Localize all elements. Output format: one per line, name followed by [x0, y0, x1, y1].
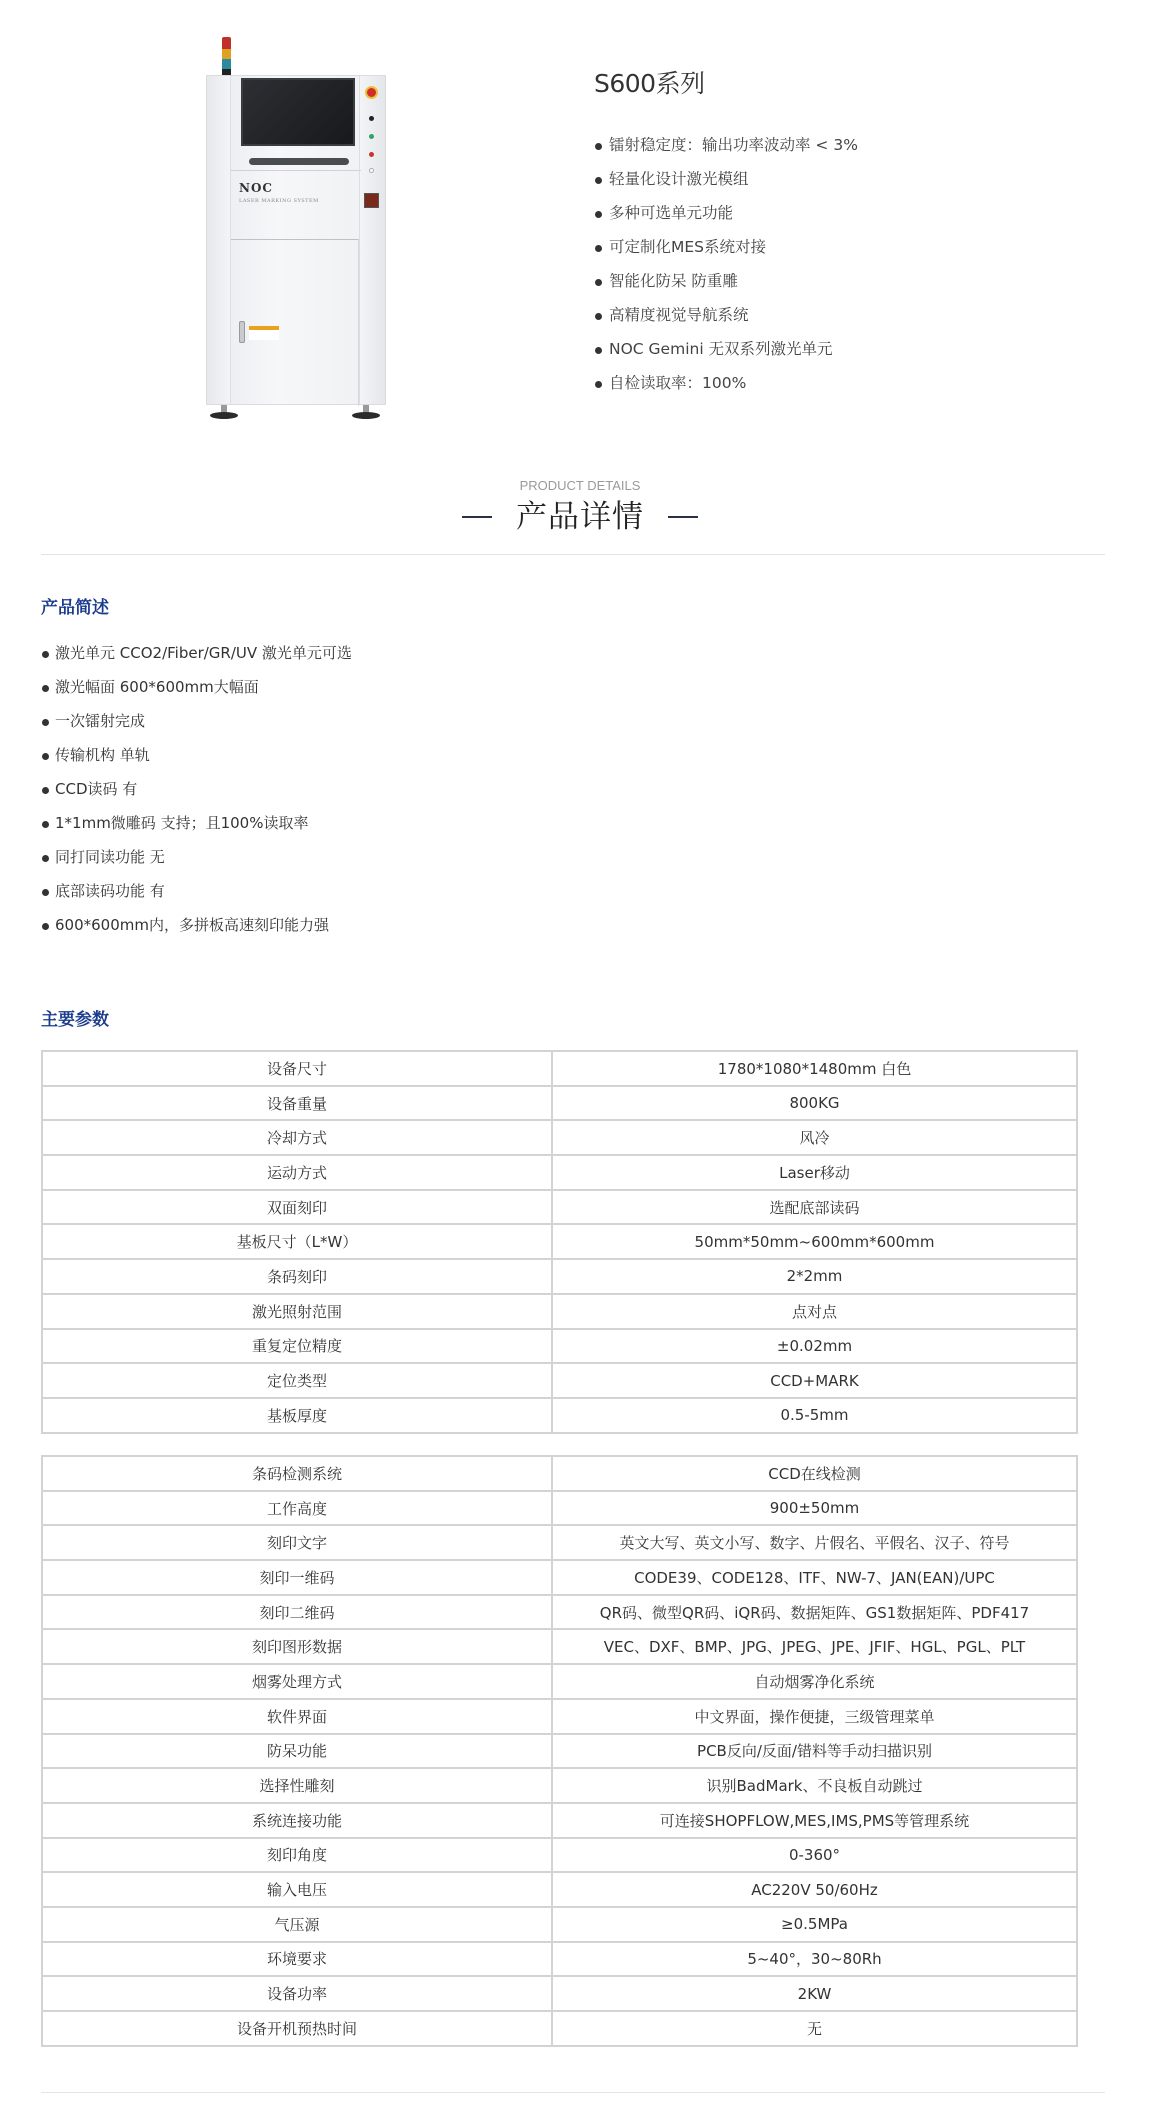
spec-key: 设备尺寸 — [42, 1051, 552, 1086]
spec-key: 定位类型 — [42, 1363, 552, 1398]
spec-value: 1780*1080*1480mm 白色 — [552, 1051, 1077, 1086]
machine-screen — [241, 78, 355, 146]
table-row: 基板尺寸（L*W）50mm*50mm~600mm*600mm — [42, 1224, 1077, 1259]
summary-item: 激光单元 CCO2/Fiber/GR/UV 激光单元可选 — [41, 636, 352, 670]
table-row: 烟雾处理方式自动烟雾净化系统 — [42, 1664, 1077, 1699]
spec-key: 刻印角度 — [42, 1838, 552, 1873]
spec-value: 点对点 — [552, 1294, 1077, 1329]
spec-key: 基板尺寸（L*W） — [42, 1224, 552, 1259]
product-info: S600系列 镭射稳定度：输出功率波动率 < 3% 轻量化设计激光模组 多种可选… — [594, 68, 1094, 400]
machine-body: NOC LASER MARKING SYSTEM — [206, 75, 386, 405]
spec-key: 刻印图形数据 — [42, 1629, 552, 1664]
indicator-icon — [369, 168, 374, 173]
feature-item: 高精度视觉导航系统 — [594, 298, 1094, 332]
spec-key: 激光照射范围 — [42, 1294, 552, 1329]
table-row: 冷却方式风冷 — [42, 1120, 1077, 1155]
table-row: 防呆功能PCB反向/反面/错料等手动扫描识别 — [42, 1734, 1077, 1769]
spec-value: QR码、微型QR码、iQR码、数据矩阵、GS1数据矩阵、PDF417 — [552, 1595, 1077, 1630]
feature-item: 镭射稳定度：输出功率波动率 < 3% — [594, 128, 1094, 162]
spec-key: 环境要求 — [42, 1942, 552, 1977]
table-row: 定位类型CCD+MARK — [42, 1363, 1077, 1398]
spec-value: AC220V 50/60Hz — [552, 1872, 1077, 1907]
table-row: 刻印图形数据VEC、DXF、BMP、JPG、JPEG、JPE、JFIF、HGL、… — [42, 1629, 1077, 1664]
table-row: 软件界面中文界面，操作便捷，三级管理菜单 — [42, 1699, 1077, 1734]
spec-value: 2*2mm — [552, 1259, 1077, 1294]
table-row: 基板厚度0.5-5mm — [42, 1398, 1077, 1433]
spec-value: ≥0.5MPa — [552, 1907, 1077, 1942]
spec-key: 输入电压 — [42, 1872, 552, 1907]
spec-value: 2KW — [552, 1976, 1077, 2011]
summary-list: 激光单元 CCO2/Fiber/GR/UV 激光单元可选 激光幅面 600*60… — [41, 636, 352, 942]
key-switch-icon — [364, 193, 379, 208]
indicator-icon — [369, 152, 374, 157]
spec-key: 设备功率 — [42, 1976, 552, 2011]
table-row: 设备重量800KG — [42, 1086, 1077, 1121]
section-divider — [41, 554, 1105, 555]
table-row: 系统连接功能可连接SHOPFLOW,MES,IMS,PMS等管理系统 — [42, 1803, 1077, 1838]
machine-logo: NOC — [239, 181, 273, 195]
feature-item: 多种可选单元功能 — [594, 196, 1094, 230]
feature-item: 自检读取率：100% — [594, 366, 1094, 400]
spec-key: 工作高度 — [42, 1491, 552, 1526]
door-lock-icon — [239, 321, 245, 343]
spec-key: 设备重量 — [42, 1086, 552, 1121]
spec-value: CODE39、CODE128、ITF、NW-7、JAN(EAN)/UPC — [552, 1560, 1077, 1595]
machine-foot — [352, 405, 380, 419]
spec-table-1: 设备尺寸1780*1080*1480mm 白色 设备重量800KG 冷却方式风冷… — [41, 1050, 1078, 1434]
table-row: 双面刻印选配底部读码 — [42, 1190, 1077, 1225]
machine-door — [231, 239, 359, 406]
spec-key: 运动方式 — [42, 1155, 552, 1190]
spec-key: 冷却方式 — [42, 1120, 552, 1155]
table-row: 设备尺寸1780*1080*1480mm 白色 — [42, 1051, 1077, 1086]
spec-value: 自动烟雾净化系统 — [552, 1664, 1077, 1699]
feature-item: 轻量化设计激光模组 — [594, 162, 1094, 196]
table-row: 刻印二维码QR码、微型QR码、iQR码、数据矩阵、GS1数据矩阵、PDF417 — [42, 1595, 1077, 1630]
summary-item: 传输机构 单轨 — [41, 738, 352, 772]
spec-value: 中文界面，操作便捷，三级管理菜单 — [552, 1699, 1077, 1734]
feature-item: 智能化防呆 防重雕 — [594, 264, 1094, 298]
section-en-title: PRODUCT DETAILS — [0, 478, 1160, 494]
spec-value: 选配底部读码 — [552, 1190, 1077, 1225]
spec-key: 刻印一维码 — [42, 1560, 552, 1595]
spec-value: 800KG — [552, 1086, 1077, 1121]
spec-key: 烟雾处理方式 — [42, 1664, 552, 1699]
table-row: 工作高度900±50mm — [42, 1491, 1077, 1526]
product-image: NOC LASER MARKING SYSTEM — [200, 35, 390, 430]
spec-value: Laser移动 — [552, 1155, 1077, 1190]
section-zh-title: 产品详情 — [516, 496, 644, 538]
dash-decoration — [462, 516, 492, 518]
table-row: 刻印角度0-360° — [42, 1838, 1077, 1873]
spec-key: 气压源 — [42, 1907, 552, 1942]
spec-value: 识别BadMark、不良板自动跳过 — [552, 1768, 1077, 1803]
spec-value: 50mm*50mm~600mm*600mm — [552, 1224, 1077, 1259]
warning-label-icon — [249, 326, 279, 340]
series-title: S600系列 — [594, 68, 1094, 100]
table-row: 条码刻印2*2mm — [42, 1259, 1077, 1294]
emergency-stop-icon — [365, 86, 378, 99]
spec-key: 系统连接功能 — [42, 1803, 552, 1838]
summary-item: 激光幅面 600*600mm大幅面 — [41, 670, 352, 704]
spec-value: 英文大写、英文小写、数字、片假名、平假名、汉子、符号 — [552, 1525, 1077, 1560]
table-row: 刻印文字英文大写、英文小写、数字、片假名、平假名、汉子、符号 — [42, 1525, 1077, 1560]
spec-key: 条码检测系统 — [42, 1456, 552, 1491]
dash-decoration — [668, 516, 698, 518]
summary-item: CCD读码 有 — [41, 772, 352, 806]
spec-table-2: 条码检测系统CCD在线检测 工作高度900±50mm 刻印文字英文大写、英文小写… — [41, 1455, 1078, 2047]
spec-key: 刻印二维码 — [42, 1595, 552, 1630]
summary-item: 一次镭射完成 — [41, 704, 352, 738]
spec-value: 可连接SHOPFLOW,MES,IMS,PMS等管理系统 — [552, 1803, 1077, 1838]
spec-key: 基板厚度 — [42, 1398, 552, 1433]
spec-key: 防呆功能 — [42, 1734, 552, 1769]
spec-key: 设备开机预热时间 — [42, 2011, 552, 2046]
footer-divider — [41, 2092, 1105, 2093]
table-row: 选择性雕刻识别BadMark、不良板自动跳过 — [42, 1768, 1077, 1803]
spec-value: 风冷 — [552, 1120, 1077, 1155]
table-row: 设备开机预热时间无 — [42, 2011, 1077, 2046]
summary-title: 产品简述 — [41, 596, 109, 620]
feature-item: 可定制化MES系统对接 — [594, 230, 1094, 264]
spec-value: PCB反向/反面/错料等手动扫描识别 — [552, 1734, 1077, 1769]
spec-key: 条码刻印 — [42, 1259, 552, 1294]
signal-tower-icon — [222, 37, 231, 77]
summary-item: 1*1mm微雕码 支持；且100%读取率 — [41, 806, 352, 840]
spec-value: 900±50mm — [552, 1491, 1077, 1526]
spec-value: CCD在线检测 — [552, 1456, 1077, 1491]
table-row: 运动方式Laser移动 — [42, 1155, 1077, 1190]
summary-item: 底部读码功能 有 — [41, 874, 352, 908]
spec-value: 无 — [552, 2011, 1077, 2046]
indicator-icon — [369, 116, 374, 121]
spec-key: 刻印文字 — [42, 1525, 552, 1560]
feature-item: NOC Gemini 无双系列激光单元 — [594, 332, 1094, 366]
machine-tagline: LASER MARKING SYSTEM — [239, 198, 319, 204]
spec-key: 选择性雕刻 — [42, 1768, 552, 1803]
table-row: 设备功率2KW — [42, 1976, 1077, 2011]
spec-value: 0.5-5mm — [552, 1398, 1077, 1433]
summary-item: 同打同读功能 无 — [41, 840, 352, 874]
table-row: 环境要求5~40°，30~80Rh — [42, 1942, 1077, 1977]
summary-item: 600*600mm内，多拼板高速刻印能力强 — [41, 908, 352, 942]
table-row: 刻印一维码CODE39、CODE128、ITF、NW-7、JAN(EAN)/UP… — [42, 1560, 1077, 1595]
product-hero: NOC LASER MARKING SYSTEM S600系列 镭射稳定度：输出… — [0, 0, 1160, 440]
spec-value: VEC、DXF、BMP、JPG、JPEG、JPE、JFIF、HGL、PGL、PL… — [552, 1629, 1077, 1664]
table-row: 条码检测系统CCD在线检测 — [42, 1456, 1077, 1491]
machine-foot — [210, 405, 238, 419]
table-row: 激光照射范围点对点 — [42, 1294, 1077, 1329]
spec-key: 重复定位精度 — [42, 1329, 552, 1364]
spec-key: 双面刻印 — [42, 1190, 552, 1225]
table-row: 气压源≥0.5MPa — [42, 1907, 1077, 1942]
table-row: 重复定位精度±0.02mm — [42, 1329, 1077, 1364]
params-title: 主要参数 — [41, 1008, 109, 1032]
feature-list: 镭射稳定度：输出功率波动率 < 3% 轻量化设计激光模组 多种可选单元功能 可定… — [594, 128, 1094, 400]
spec-value: ±0.02mm — [552, 1329, 1077, 1364]
section-heading: PRODUCT DETAILS 产品详情 — [0, 478, 1160, 538]
spec-value: 0-360° — [552, 1838, 1077, 1873]
spec-key: 软件界面 — [42, 1699, 552, 1734]
table-row: 输入电压AC220V 50/60Hz — [42, 1872, 1077, 1907]
spec-value: 5~40°，30~80Rh — [552, 1942, 1077, 1977]
spec-value: CCD+MARK — [552, 1363, 1077, 1398]
indicator-icon — [369, 134, 374, 139]
